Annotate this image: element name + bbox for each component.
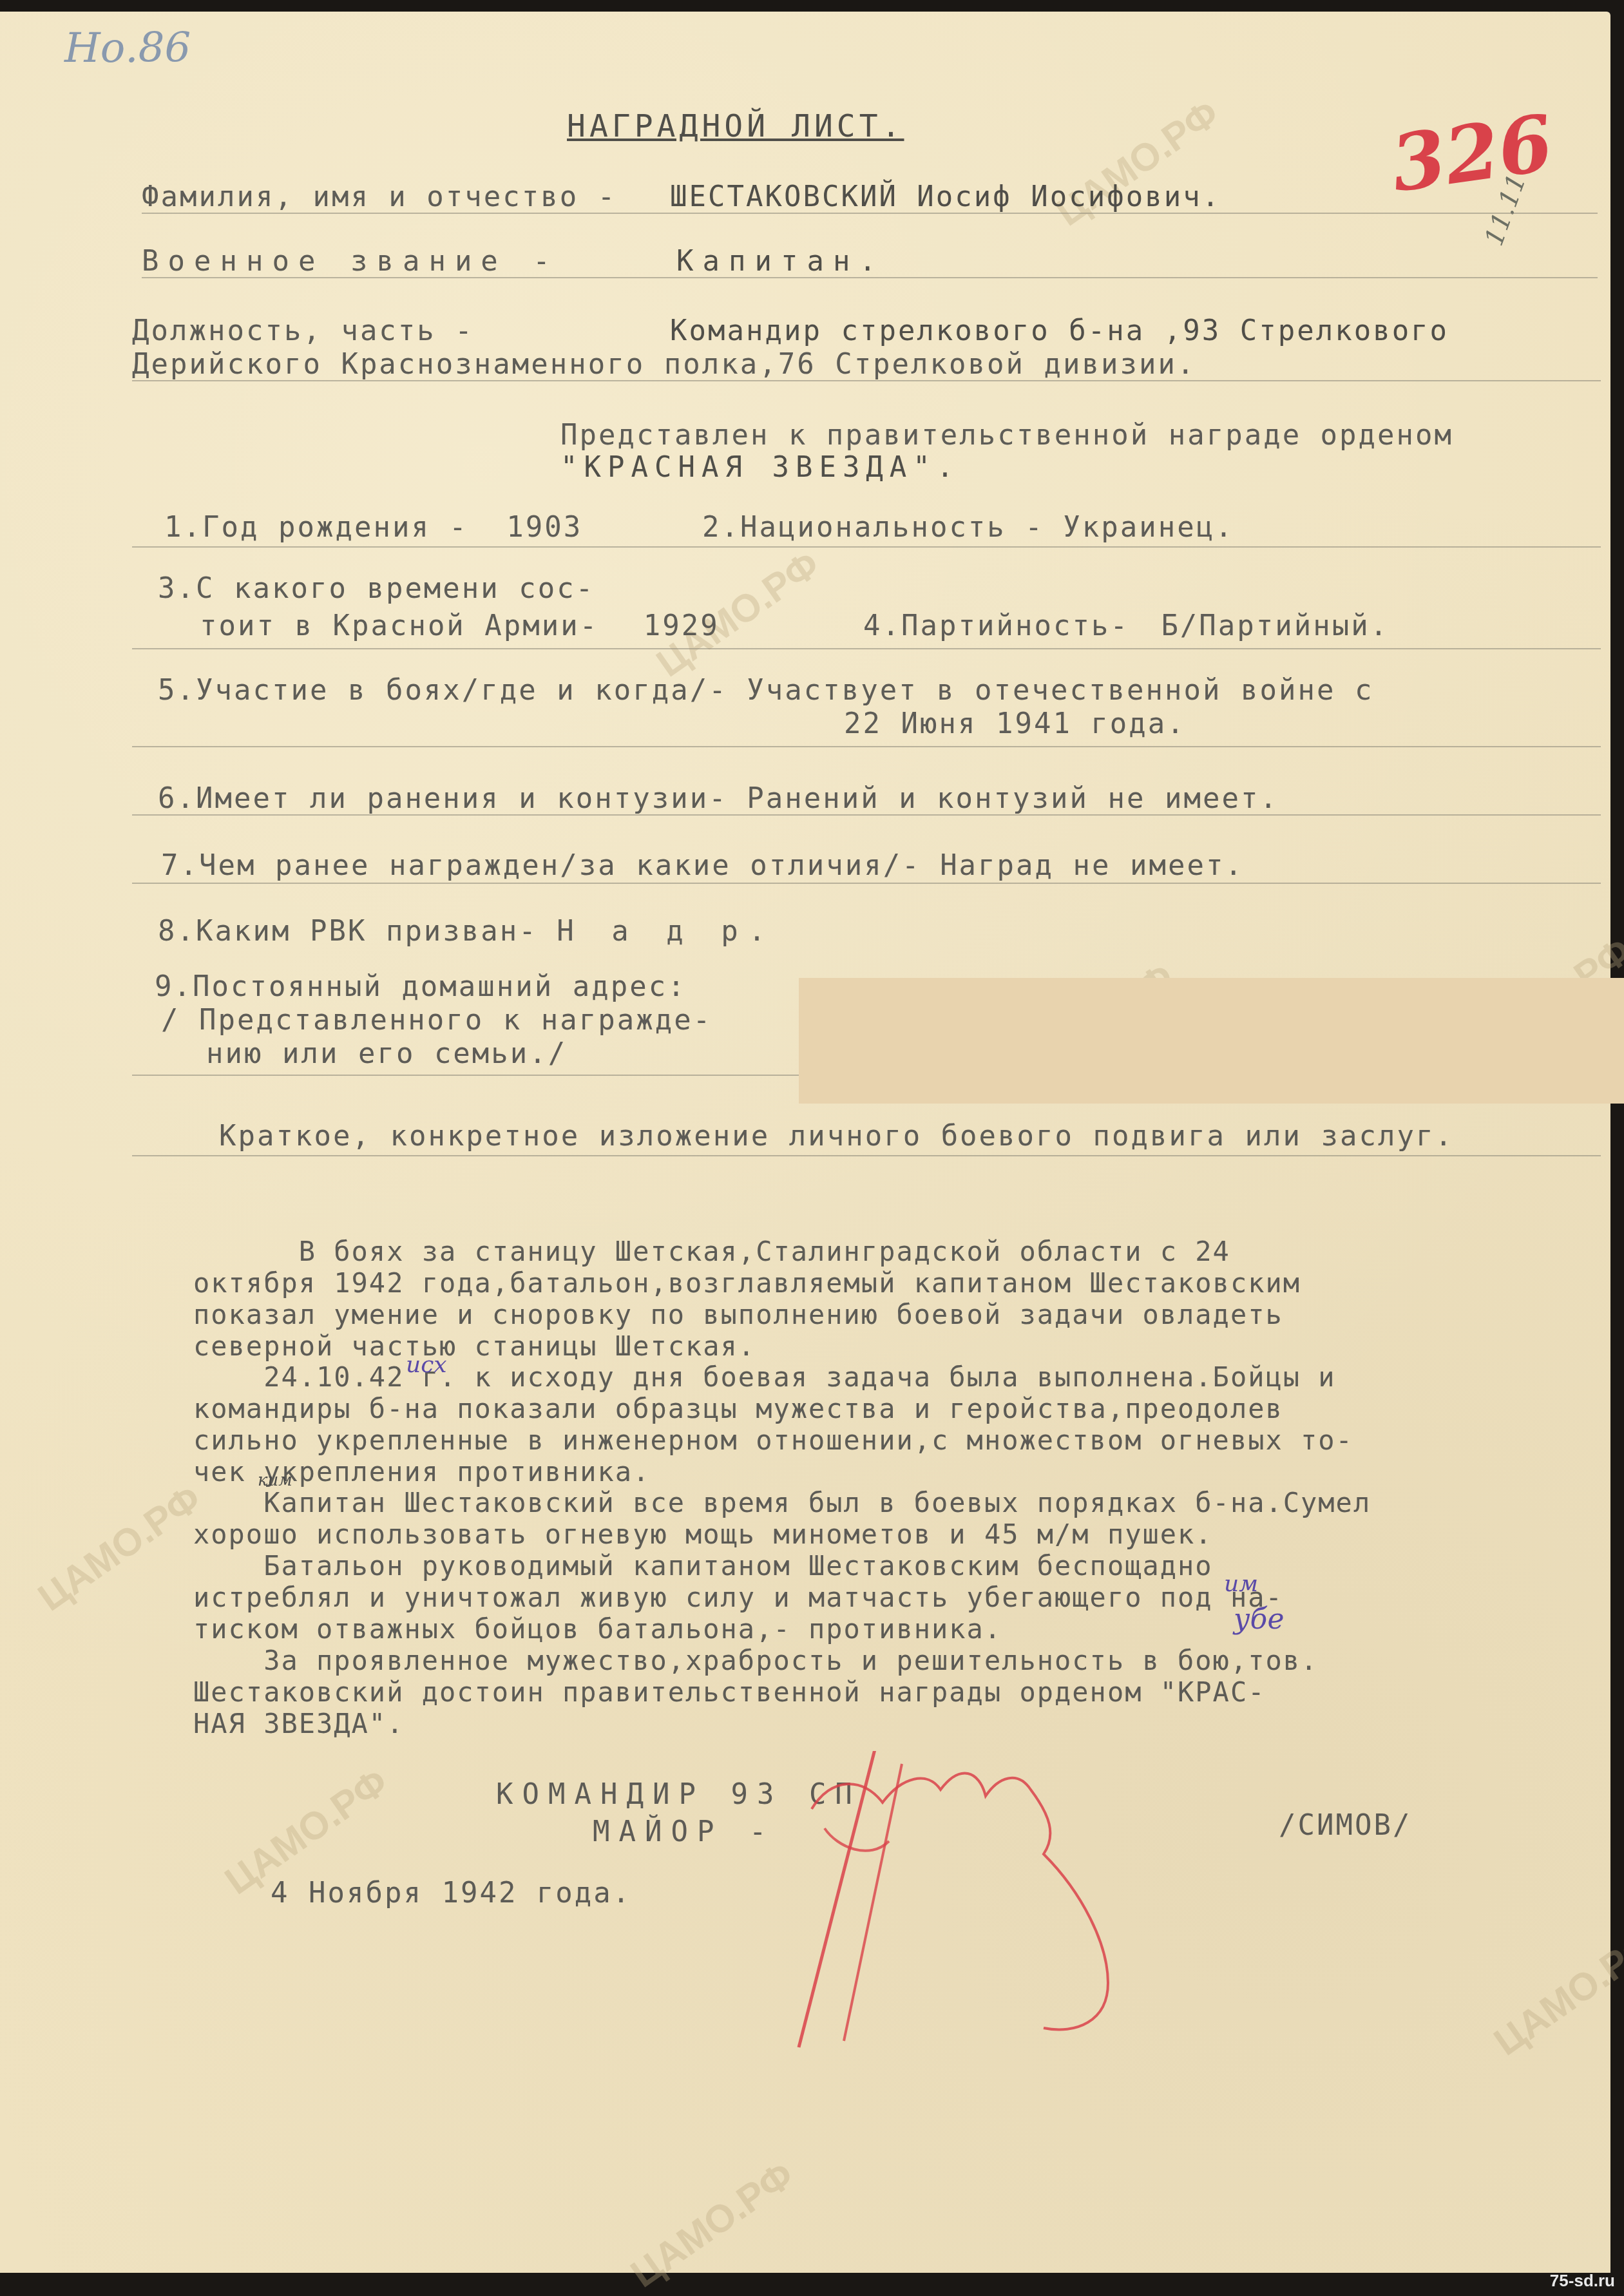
item-1: 1.Год рождения - 1903 [164,511,582,544]
watermark: ЦАМО.РФ [1486,1920,1624,2064]
item-2: 2.Национальность - Украинец. [702,511,1234,544]
handwritten-insert: убе [1234,1603,1284,1636]
underline [142,213,1598,214]
award-sheet-page: ЦАМО.РФ ЦАМО.РФ ЦАМО.РФ ЦАМО.РФ ЦАМО.РФ … [0,12,1610,2273]
handwritten-insert: ким [258,1471,292,1490]
document-title: НАГРАДНОЙ ЛИСТ. [567,108,904,144]
underline [132,883,1601,884]
narrative-paragraph-4: Батальон руководимый капитаном Шестаковс… [193,1550,1598,1645]
item-6: 6.Имеет ли ранения и контузии- Ранений и… [158,782,1279,815]
underline [132,1155,1601,1156]
rank-label: Военное звание - [142,245,559,278]
red-signature-icon [773,1751,1353,2060]
archive-number: Но.86 [64,24,191,72]
rank-value: Капитан. [676,245,885,278]
underline [142,277,1598,278]
item-5-line2: 22 Июня 1941 года. [844,707,1186,740]
document-date: 4 Ноября 1942 года. [271,1877,631,1909]
narrative-paragraph-2: 24.10.42 г. к исходу дня боевая задача б… [193,1361,1598,1488]
narrative-paragraph-1: В боях за станицу Шетская,Сталинградской… [193,1236,1598,1362]
position-value-line1: Командир стрелкового б-на ,93 Стрелковог… [670,314,1449,347]
watermark: ЦАМО.РФ [30,1476,209,1620]
name-value: ШЕСТАКОВСКИЙ Иосиф Иосифович. [670,180,1221,213]
name-label: Фамилия, имя и отчество - [142,180,616,213]
item-5-line1: 5.Участие в боях/где и когда/- Участвует… [158,674,1373,707]
item-7: 7.Чем ранее награжден/за какие отличия/-… [161,849,1244,882]
narrative-paragraph-5: За проявленное мужество,храбрость и реши… [193,1645,1598,1739]
position-value-line2: Дерийского Краснознаменного полка,76 Стр… [132,348,1196,381]
item-9-line1: 9.Постоянный домашний адрес: [155,970,687,1003]
underline [132,648,1601,649]
signature-title-line2: МАЙОР - [593,1815,775,1848]
redacted-address-block [799,978,1624,1104]
summary-heading: Краткое, конкретное изложение личного бо… [219,1120,1454,1153]
item-4: 4.Партийность- Б/Партийный. [863,609,1389,642]
watermark: ЦАМО.РФ [623,2152,802,2296]
order-name: "КРАСНАЯ ЗВЕЗДА". [560,451,960,484]
narrative-paragraph-3: Капитан Шестаковский все время был в бое… [193,1487,1598,1550]
handwritten-insert: им [1224,1571,1258,1597]
item-8: 8.Каким РВК призван- Н а д р. [158,915,776,948]
presented-line1: Представлен к правительственной награде … [560,419,1453,452]
underline [132,746,1601,747]
position-label: Должность, часть - [132,314,474,347]
handwritten-insert: исх [406,1352,447,1378]
item-3-line2: тоит в Красной Армии- 1929 [200,609,720,642]
item-9-line2: / Представленного к награжде- [161,1004,712,1037]
item-9-line3: нию или его семьи./ [206,1037,567,1070]
underline [132,380,1601,381]
item-3-line1: 3.С какого времени сос- [158,572,595,605]
red-pencil-number: 326 [1386,97,1558,209]
underline [132,546,1601,548]
underline [132,814,1601,816]
site-label: 75-sd.ru [1550,2271,1615,2291]
